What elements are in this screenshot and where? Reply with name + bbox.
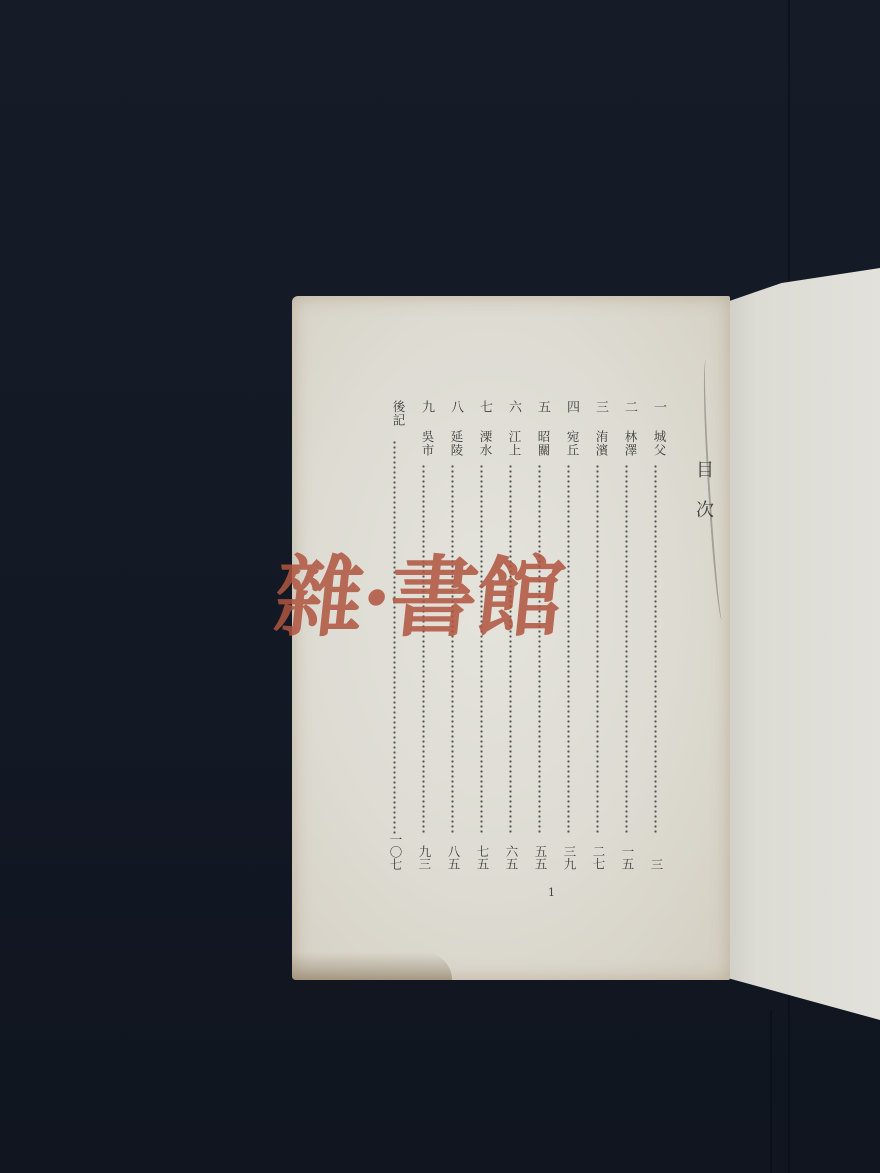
dot-leader [625, 464, 628, 834]
entry-title: 林澤 [615, 430, 639, 457]
toc-entry: 四 宛丘 三九 [557, 400, 581, 870]
entry-page: 五五 [528, 845, 552, 870]
entry-title: 江上 [499, 430, 523, 457]
entry-page: 三九 [557, 845, 581, 870]
entry-number: 二 [615, 400, 639, 413]
watermark: 雜·書館 [269, 528, 569, 654]
dot-leader [567, 464, 570, 834]
toc-entry: 三 洧濱 二七 [586, 400, 610, 870]
entry-number: 五 [528, 400, 552, 413]
entry-page: 七五 [470, 845, 494, 870]
entry-title: 溧水 [470, 430, 494, 457]
entry-page: 二七 [586, 845, 610, 870]
right-page [716, 268, 880, 1020]
toc-title: 目次 [686, 460, 716, 540]
entry-number: 六 [499, 400, 523, 413]
entry-number: 七 [470, 400, 494, 413]
entry-page: 九三 [412, 845, 436, 870]
toc-entry: 一 城父 三 [644, 400, 668, 870]
background-seam [770, 1010, 772, 1173]
entry-title: 城父 [644, 430, 668, 457]
entry-number: 一 [644, 400, 668, 413]
dot-leader [596, 464, 599, 834]
toc-entry: 二 林澤 一五 [615, 400, 639, 870]
entry-title: 宛丘 [557, 430, 581, 457]
entry-page: 六五 [499, 845, 523, 870]
entry-title: 昭關 [528, 430, 552, 457]
entry-page: 一〇七 [383, 833, 407, 871]
dot-leader [654, 464, 657, 834]
entry-page: 三 [644, 858, 668, 871]
entry-title: 吳市 [412, 430, 436, 457]
page-folio: 1 [548, 886, 555, 899]
entry-page: 八五 [441, 845, 465, 870]
entry-number: 八 [441, 400, 465, 413]
entry-page: 一五 [615, 845, 639, 870]
entry-number: 四 [557, 400, 581, 413]
entry-number: 三 [586, 400, 610, 413]
entry-title: 延陵 [441, 430, 465, 457]
entry-number: 九 [412, 400, 436, 413]
entry-title: 洧濱 [586, 430, 610, 457]
entry-title: 後記 [383, 400, 407, 427]
